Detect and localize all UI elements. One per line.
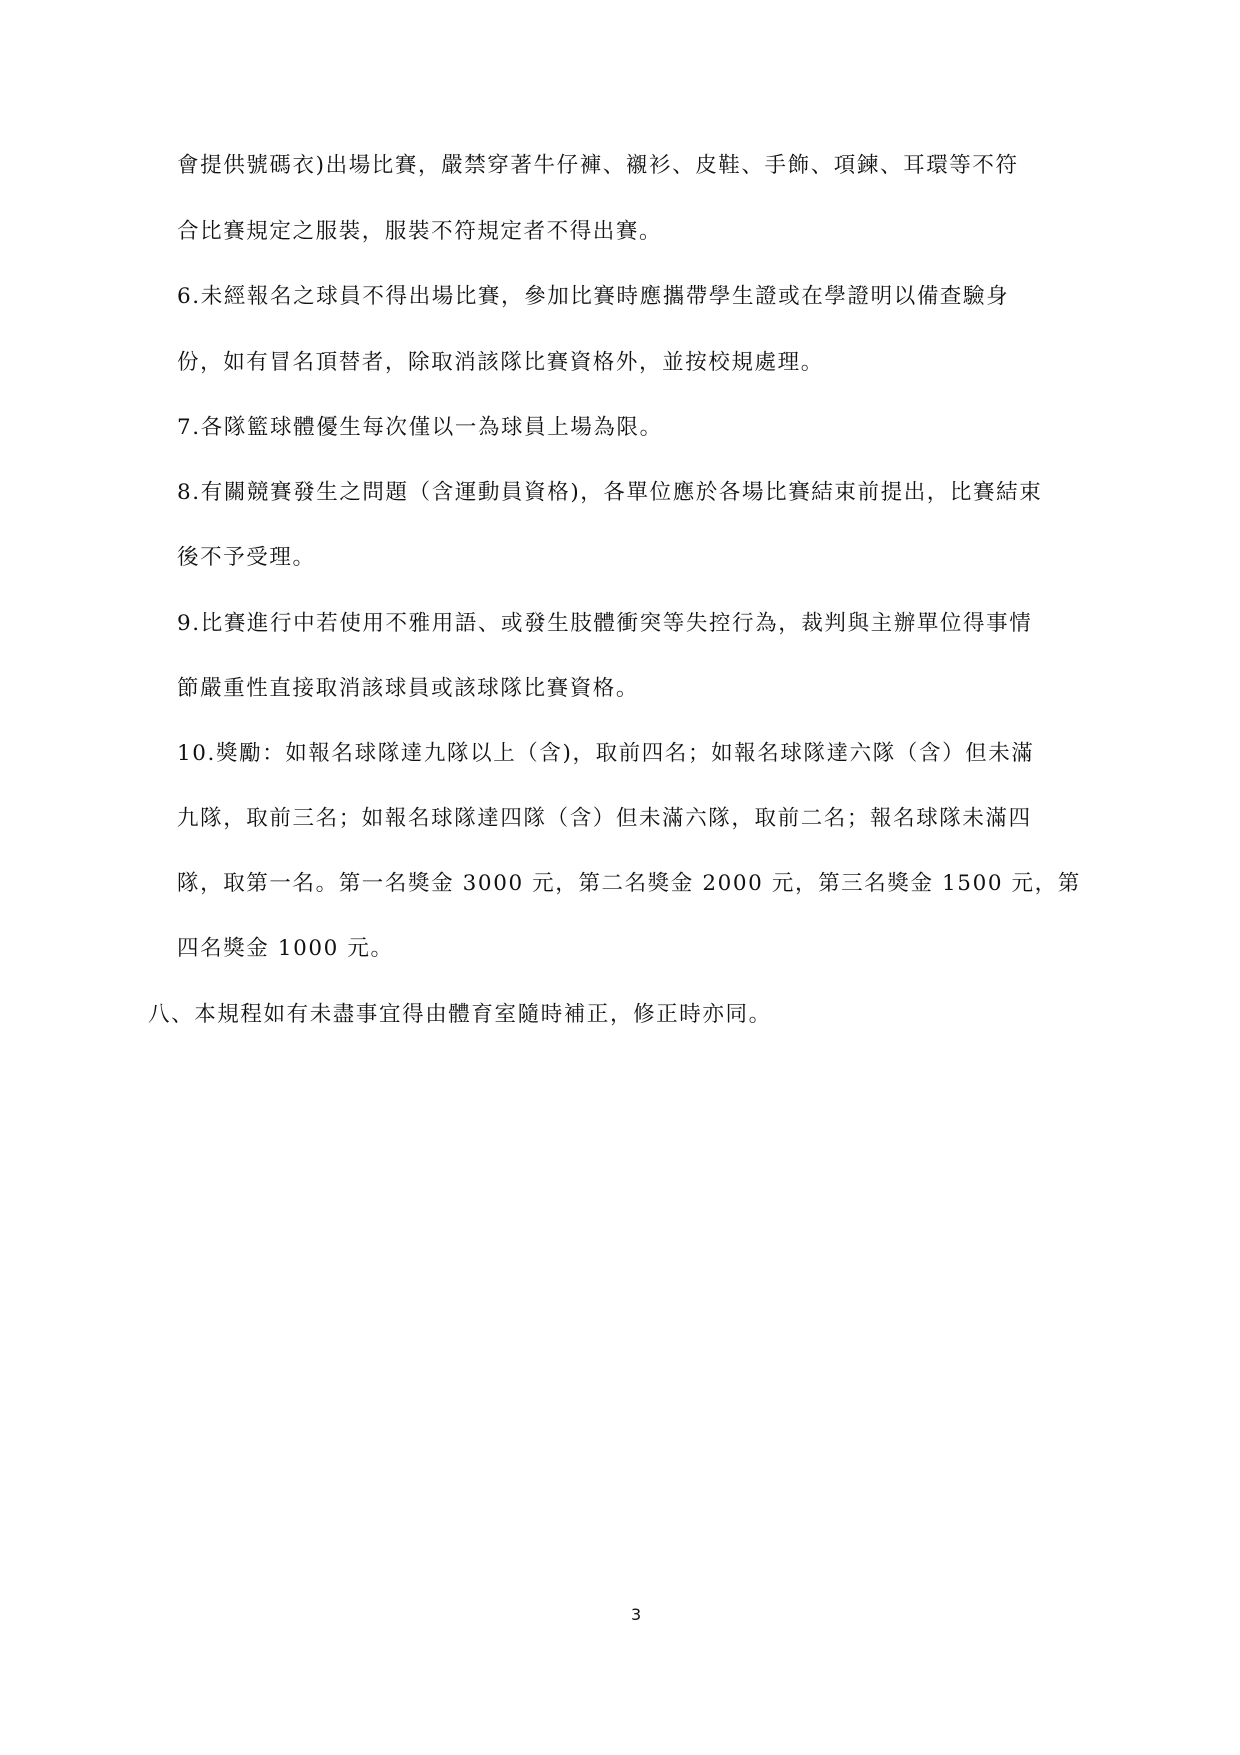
document-page: 會提供號碼衣)出場比賽，嚴禁穿著牛仔褲、襯衫、皮鞋、手飾、項鍊、耳環等不符 合比… <box>0 0 1240 1755</box>
rule-item-8-continued: 後不予受理。 <box>177 544 316 572</box>
rule-item-7: 7.各隊籃球體優生每次僅以一為球員上場為限。 <box>177 414 663 442</box>
rule-item-9-continued: 節嚴重性直接取消該球員或該球隊比賽資格。 <box>177 675 639 703</box>
rule-item-8: 8.有關競賽發生之問題（含運動員資格)，各單位應於各場比賽結束前提出，比賽結束 <box>177 479 1042 507</box>
rule-item-9: 9.比賽進行中若使用不雅用語、或發生肢體衝突等失控行為，裁判與主辦單位得事情 <box>177 610 1032 638</box>
rule-item-6-continued: 份，如有冒名頂替者，除取消該隊比賽資格外，並按校規處理。 <box>177 349 824 377</box>
rule-item-6: 6.未經報名之球員不得出場比賽，參加比賽時應攜帶學生證或在學證明以備查驗身 <box>177 283 1009 311</box>
text-line-dress-code-continued: 會提供號碼衣)出場比賽，嚴禁穿著牛仔褲、襯衫、皮鞋、手飾、項鍊、耳環等不符 <box>177 152 1019 180</box>
rule-item-10-awards: 10.獎勵：如報名球隊達九隊以上（含)，取前四名；如報名球隊達六隊（含）但未滿 <box>177 740 1034 768</box>
section-8-amendment: 八、本規程如有未盡事宜得由體育室隨時補正，修正時亦同。 <box>148 1001 772 1029</box>
rule-item-10-awards-line-3: 隊，取第一名。第一名獎金 3000 元，第二名獎金 2000 元，第三名獎金 1… <box>177 870 1081 898</box>
page-number: 3 <box>631 1605 641 1624</box>
rule-item-10-awards-line-4: 四名獎金 1000 元。 <box>177 935 394 963</box>
rule-item-10-awards-line-2: 九隊，取前三名；如報名球隊達四隊（含）但未滿六隊，取前二名；報名球隊未滿四 <box>177 805 1032 833</box>
text-line-dress-code-end: 合比賽規定之服裝，服裝不符規定者不得出賽。 <box>177 218 662 246</box>
